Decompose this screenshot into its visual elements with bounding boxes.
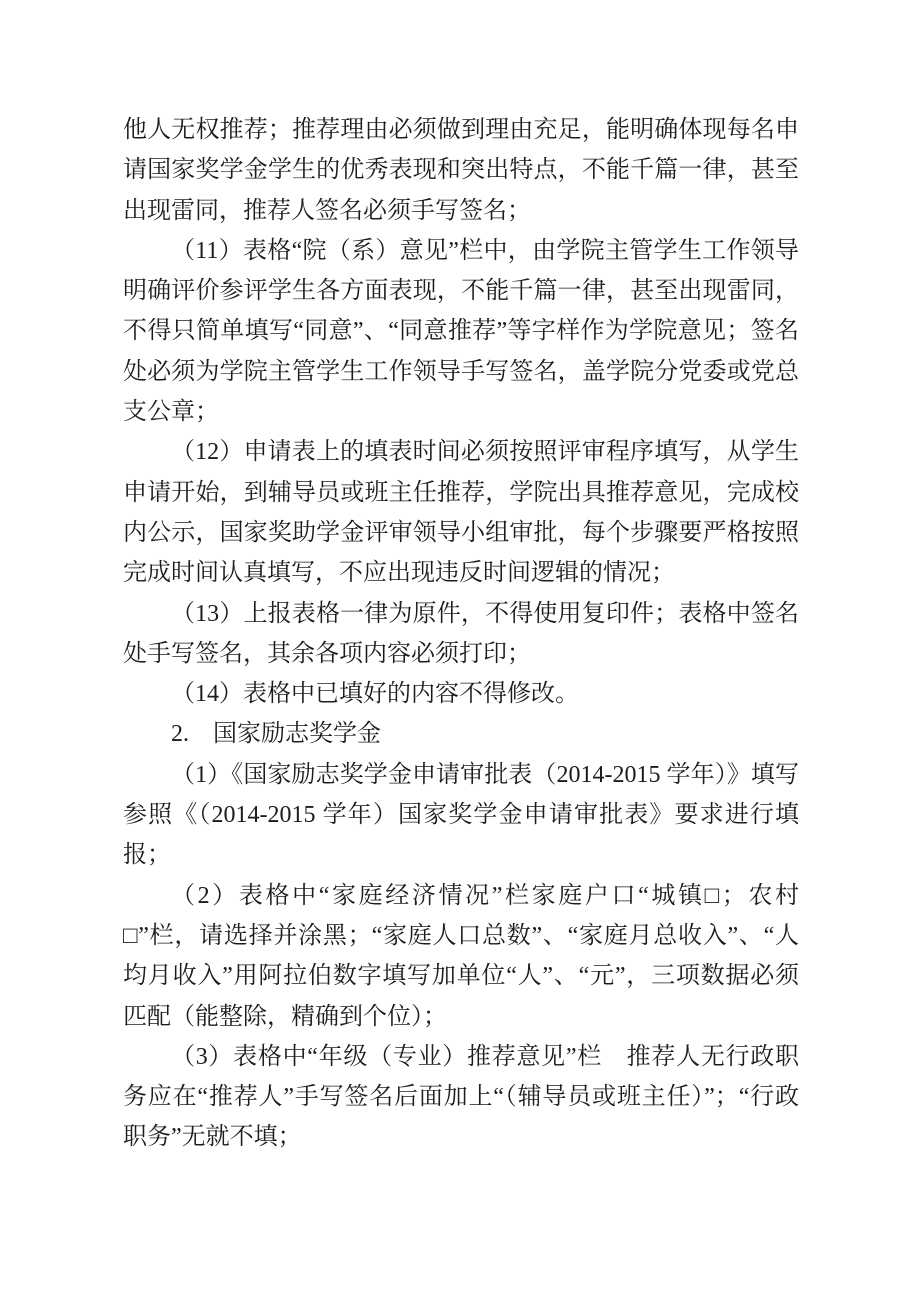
paragraph-item-14: （14）表格中已填好的内容不得修改。 bbox=[123, 674, 799, 714]
paragraph-item-2-2: （2）表格中“家庭经济情况”栏家庭户口“城镇□；农村□”栏，请选择并涂黑；“家庭… bbox=[123, 876, 799, 1037]
paragraph-continuation-top: 他人无权推荐；推荐理由必须做到理由充足，能明确体现每名申请国家奖学金学生的优秀表… bbox=[123, 110, 799, 231]
paragraph-item-11: （11）表格“院（系）意见”栏中，由学院主管学生工作领导明确评价参评学生各方面表… bbox=[123, 231, 799, 432]
document-text-block: 他人无权推荐；推荐理由必须做到理由充足，能明确体现每名申请国家奖学金学生的优秀表… bbox=[123, 110, 799, 1158]
section-heading-2: 2. 国家励志奖学金 bbox=[123, 714, 799, 754]
document-page: 他人无权推荐；推荐理由必须做到理由充足，能明确体现每名申请国家奖学金学生的优秀表… bbox=[0, 0, 918, 1298]
paragraph-item-2-3: （3）表格中“年级（专业）推荐意见”栏 推荐人无行政职务应在“推荐人”手写签名后… bbox=[123, 1037, 799, 1158]
paragraph-item-13: （13）上报表格一律为原件，不得使用复印件；表格中签名处手写签名，其余各项内容必… bbox=[123, 594, 799, 675]
paragraph-item-12: （12）申请表上的填表时间必须按照评审程序填写，从学生申请开始，到辅导员或班主任… bbox=[123, 432, 799, 593]
paragraph-item-2-1: （1）《国家励志奖学金申请审批表（2014-2015 学年）》填写参照《（201… bbox=[123, 755, 799, 876]
